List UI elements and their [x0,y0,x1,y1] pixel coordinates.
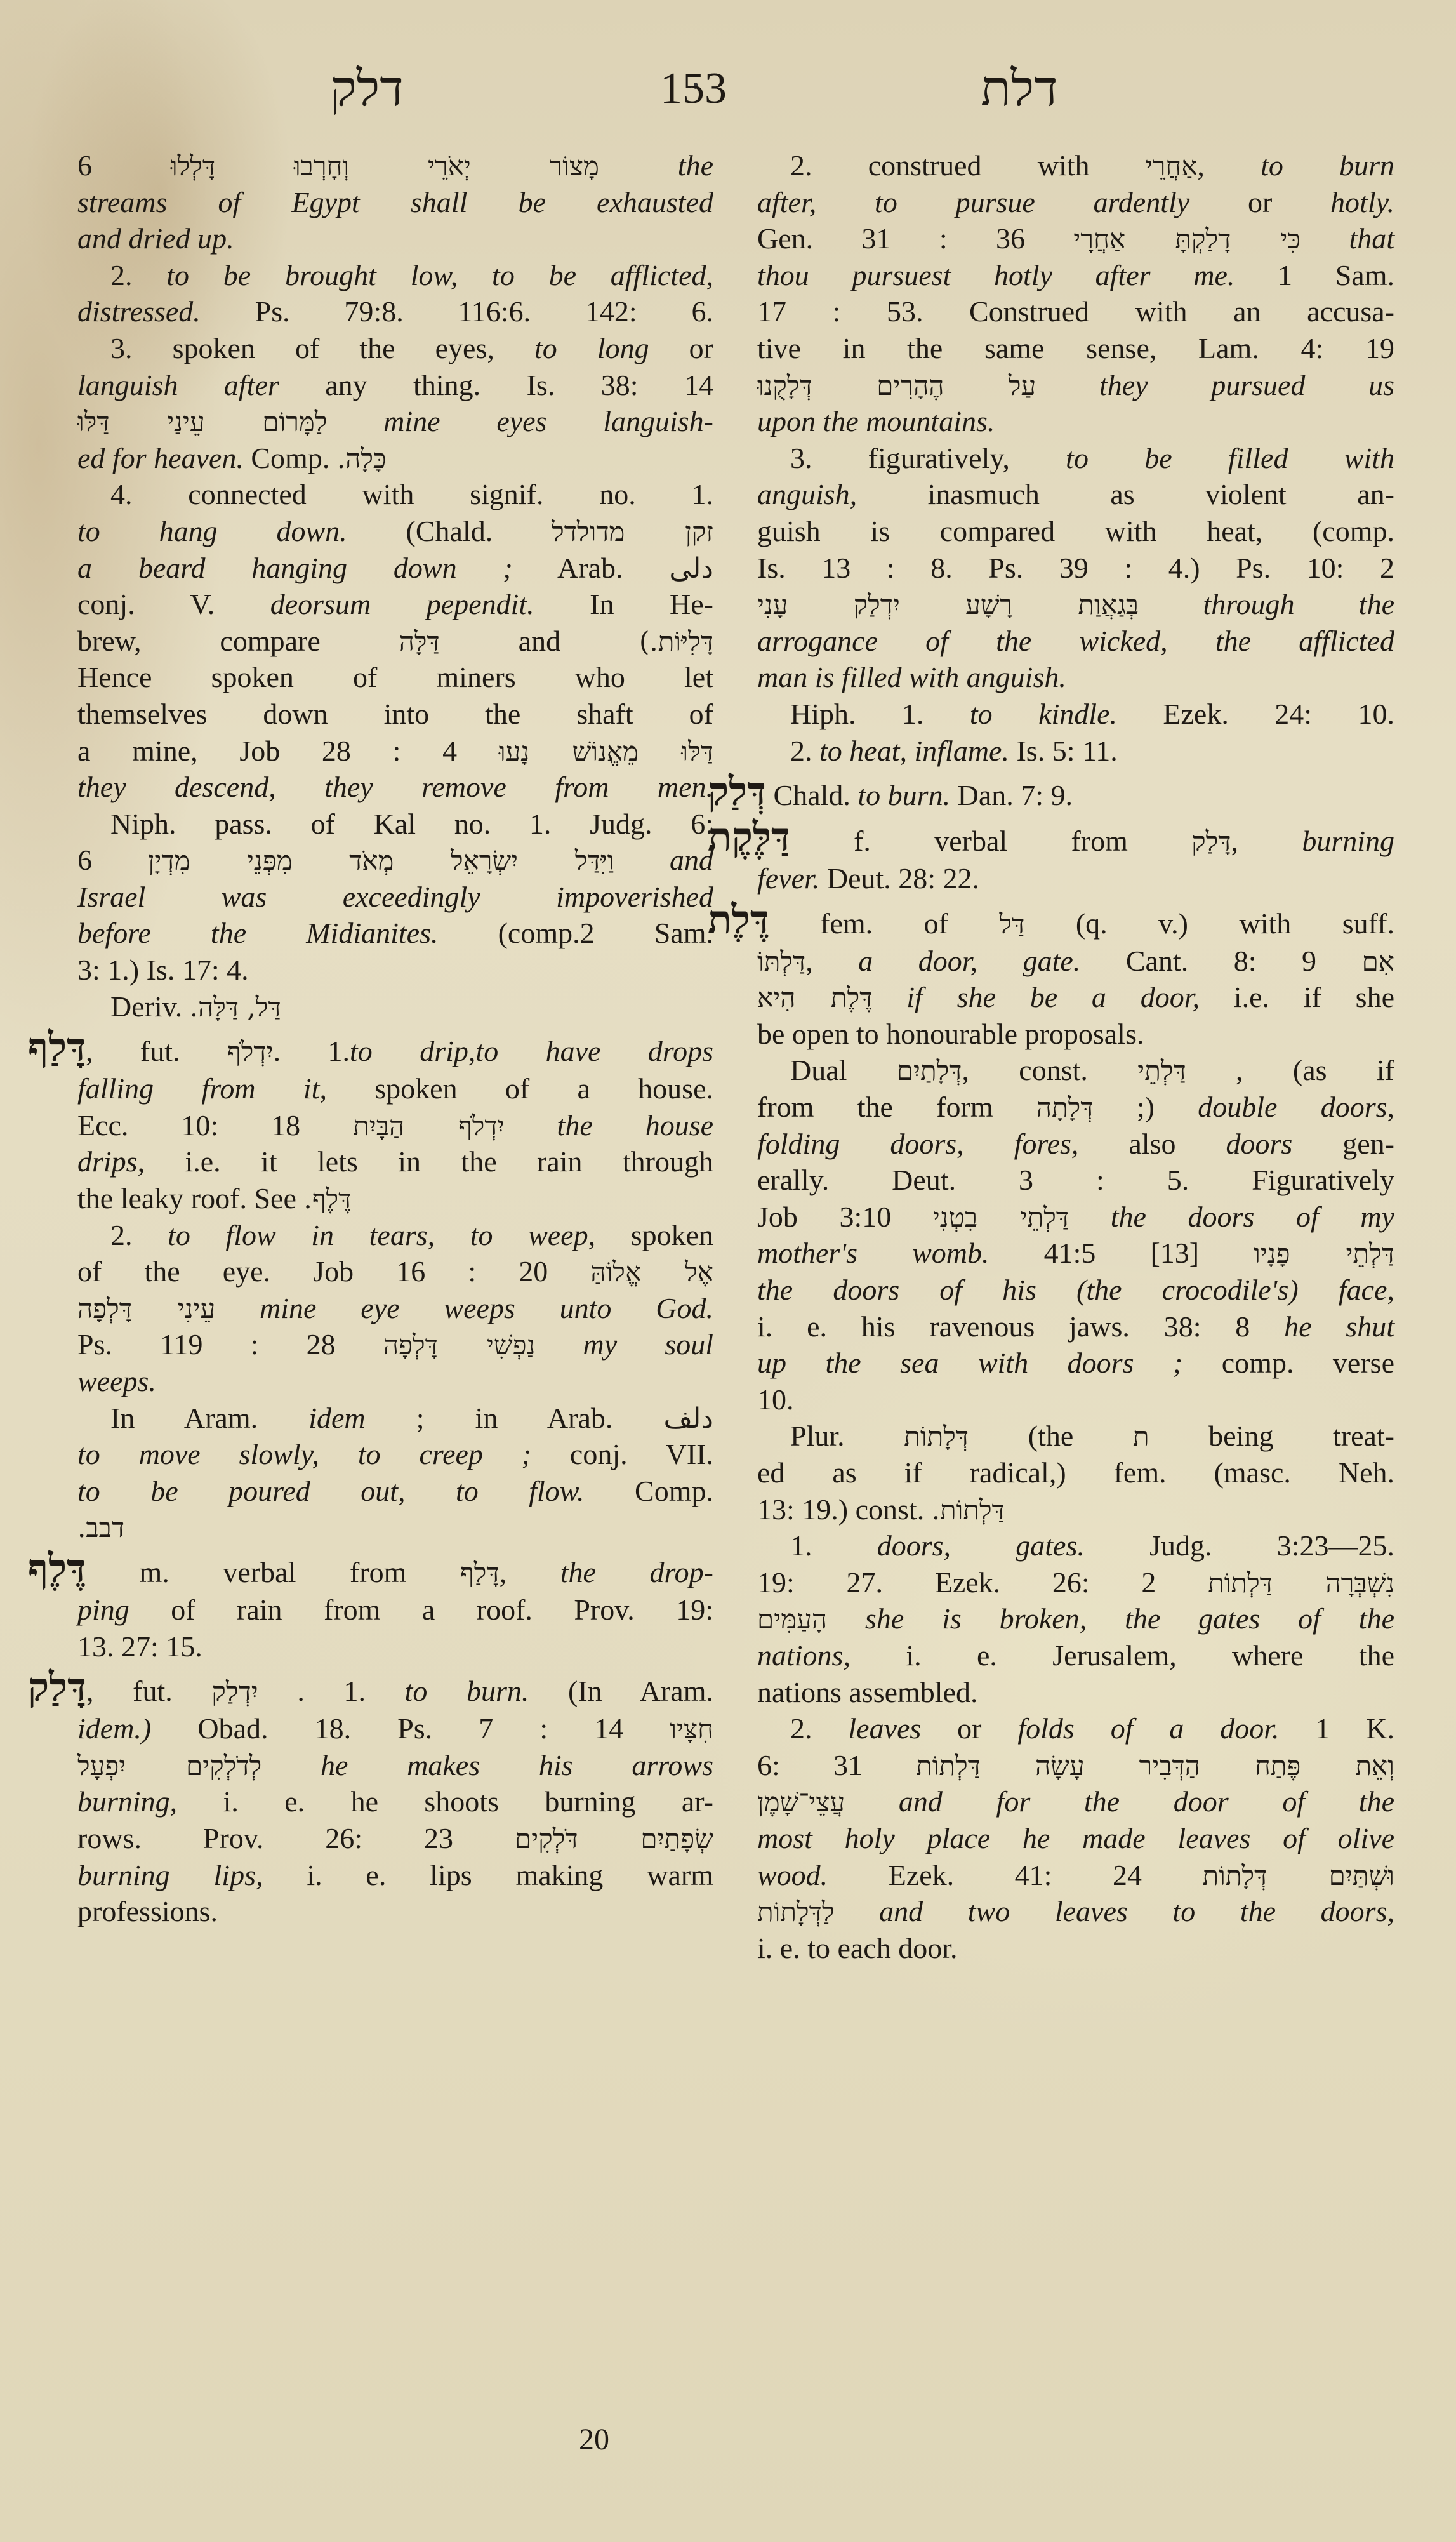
text-line: of the eye. Job 16 : 20 אֶל אֱלוֹהַּ [77,1253,713,1290]
text-line: up the sea with doors ; comp. verse [757,1345,1394,1381]
text-line: after, to pursue ardently or hotly. [757,184,1394,221]
roman-text: erally. Deut. 3 : 5. Figuratively [757,1164,1394,1196]
italic-gloss: doors, gates. [877,1529,1085,1562]
text-line: erally. Deut. 3 : 5. Figuratively [757,1162,1394,1199]
roman-text: Dan. 7: 9. [950,779,1073,811]
text-line: 19: 27. Ezek. 26: 2 נִשְׁבְּרָה דַּלְתוֹ… [757,1564,1394,1601]
text-line: 2. construed with אַחֲרֵי, to burn [757,147,1394,184]
text-line: drips, i.e. it lets in the rain through [77,1143,713,1180]
roman-text: Dual [790,1054,897,1086]
roman-text: Judg. 3:23—25. [1085,1529,1394,1562]
italic-gloss: weeps. [77,1365,156,1397]
italic-gloss: the doors of his (the crocodile's) face, [757,1274,1394,1306]
roman-text: , [1197,149,1261,182]
hebrew-text: אִם [1362,946,1394,977]
italic-gloss: they pursued us [1036,369,1394,401]
roman-text: . 1. [258,1675,405,1707]
text-line: Hence spoken of miners who let [77,659,713,696]
hebrew-text: דַּלְתֵי פָנָיו [1254,1238,1394,1269]
italic-gloss: ed for heaven. [77,442,244,474]
roman-text: and [440,625,639,657]
text-line: Israel was exceedingly impoverished [77,879,713,915]
roman-text: 10. [757,1383,794,1416]
hebrew-text: דַּלְתֵי בִטְנִי [933,1202,1069,1233]
hebrew-text: חִצָּיו [670,1714,713,1745]
text-line: folding doors, fores, also doors gen- [757,1126,1394,1162]
italic-gloss: to burn [1261,149,1394,182]
hebrew-text: דַּלְתֵי [1137,1055,1186,1086]
italic-gloss: mine eyes languish- [327,405,713,437]
text-line: דֶּלֶף m. verbal from דָּלַף, the drop- [28,1546,713,1592]
roman-text: 1 Sam. [1234,259,1394,291]
italic-gloss: upon the mountains. [757,405,995,437]
text-line: 2. to flow in tears, to weep, spoken [77,1217,713,1254]
text-line: the doors of his (the crocodile's) face, [757,1272,1394,1308]
italic-gloss: burning, [77,1785,177,1818]
italic-gloss: up the sea with doors ; [757,1347,1182,1379]
text-line: brew, compare דַּלָּה and דָּלִיּוֹת.) [77,623,713,660]
text-line: דֶּלֶת הִיא if she be a door, i.e. if sh… [757,979,1394,1016]
hebrew-text: יִדְלֹף הַבָּיִת [353,1110,504,1141]
text-line: 3: 1.) Is. 17: 4. [77,952,713,988]
hebrew-text: דבב. [77,1512,124,1543]
italic-gloss: Israel was exceedingly impoverished [77,881,713,913]
text-line: professions. [77,1893,713,1930]
italic-gloss: doors [1226,1128,1292,1160]
text-line: fever. Deut. 28: 22. [757,860,1394,897]
italic-gloss: my soul [535,1328,713,1361]
text-line: 6 מָצוֹר יְאֹרֵי וְחָרְבוּ דָּלְלוּ the [77,147,713,184]
text-line: 1. doors, gates. Judg. 3:23—25. [757,1527,1394,1564]
hebrew-text: דַּלְתּוֹ [757,946,805,977]
text-line: languish after any thing. Is. 38: 14 [77,367,713,404]
roman-text: , fut. [86,1675,211,1707]
hebrew-text: דְּלָתוֹת [904,1421,969,1452]
text-line: burning, i. e. he shoots burning ar- [77,1783,713,1820]
text-line: 2. leaves or folds of a door. 1 K. [757,1710,1394,1747]
roman-text: 3: 1.) Is. 17: 4. [77,954,249,986]
roman-text: 13. 27: 15. [77,1630,202,1663]
roman-text: brew, compare [77,625,399,657]
entry-headword: דְּלַק [708,768,766,815]
text-line: Ecc. 10: 18 יִדְלֹף הַבָּיִת the house [77,1107,713,1144]
arabic-text: دلى [669,552,713,585]
roman-text: inasmuch as violent an- [857,478,1394,510]
roman-text: , [500,1556,560,1588]
italic-gloss: burning [1302,825,1394,857]
italic-gloss: the house [505,1109,713,1141]
text-line: anguish, inasmuch as violent an- [757,476,1394,513]
italic-gloss: to hang down. [77,515,347,547]
hebrew-text: כִּי דָלַקְתָּ אַחֲרָי [1073,223,1300,255]
text-line: themselves down into the shaft of [77,696,713,733]
roman-text: from the form [757,1091,1036,1123]
text-line: man is filled with anguish. [757,659,1394,696]
text-line: Hiph. 1. to kindle. Ezek. 24: 10. [757,696,1394,733]
text-line: 13: 19.) const. דַּלְתוֹת. [757,1491,1394,1528]
italic-gloss: to drip,to have drops [350,1035,713,1067]
roman-text: In He- [534,588,713,620]
italic-gloss: streams of Egypt shall be exhausted [77,186,713,218]
hebrew-text: וַיִּדַּל יִשְׂרָאֵל מְאֹד מִפְּנֵי מִדְ… [148,845,614,876]
roman-text: any thing. Is. 38: 14 [279,369,713,401]
text-line: be open to honourable proposals. [757,1016,1394,1053]
hebrew-text: עֵינִי דָּלְפָה [77,1293,215,1324]
text-line: from the form דְּלָתָה ;) double doors, [757,1089,1394,1126]
roman-text: i. e. Jerusalem, where the [850,1639,1394,1672]
roman-text: themselves down into the shaft of [77,698,713,730]
text-line: דַּלְתּוֹ, a door, gate. Cant. 8: 9 אִם [757,943,1394,980]
roman-text: Arab. [513,552,670,584]
text-line: Deriv. דַּל, דַּלָּה. [77,988,713,1025]
roman-text: , const. [962,1054,1137,1086]
text-line: i. e. to each door. [757,1930,1394,1967]
roman-text: Comp. [585,1475,713,1507]
roman-text: 13: 19.) const. [757,1493,932,1526]
text-line: rows. Prov. 26: 23 שְׂפָתַיִם דֹּלְקִים [77,1820,713,1857]
hebrew-text: דְּלָתַיִם [897,1055,962,1086]
roman-text: i. e. to each door. [757,1932,958,1964]
roman-text: nations assembled. [757,1676,978,1708]
text-line: Niph. pass. of Kal no. 1. Judg. 6: [77,806,713,842]
italic-gloss: before the Midianites. [77,917,438,949]
italic-gloss: that [1300,222,1394,255]
roman-text: 2. [790,1712,848,1745]
text-line: Plur. דְּלָתוֹת (the ת being treat- [757,1418,1394,1454]
text-line: דַּלֶּקֶת f. verbal from דָּלַק, burning [708,815,1394,860]
roman-text: guish is compared with heat, (comp. [757,515,1394,547]
text-line: to move slowly, to creep ; conj. VII. [77,1436,713,1473]
text-line: streams of Egypt shall be exhausted [77,184,713,221]
roman-text: or [921,1712,1017,1745]
hebrew-text: יִדְלַק [211,1676,258,1707]
roman-text: Plur. [790,1420,904,1452]
text-line: 2. to be brought low, to be afflicted, [77,257,713,294]
italic-gloss: through the [1139,588,1394,620]
text-line: ping of rain from a roof. Prov. 19: [77,1592,713,1628]
roman-text: Hiph. 1. [790,698,970,730]
italic-gloss: ping [77,1594,129,1626]
hebrew-text: לַמָּרוֹם עֵינַי דַּלּוּ [77,406,327,437]
text-line: a mine, Job 28 : 4 דַּלּוּ מֵאֱנוֹשׁ נָע… [77,733,713,769]
text-line: i. e. his ravenous jaws. 38: 8 he shut [757,1308,1394,1345]
roman-text: , (as if [1186,1054,1394,1086]
italic-gloss: fever. [757,862,819,895]
italic-gloss: mother's womb. [757,1237,989,1269]
text-line: the leaky roof. See דֶּלֶף. [77,1180,713,1217]
text-line: arrogance of the wicked, the afflicted [757,623,1394,660]
text-line: עֲצֵי־שָׁמֶן and for the door of the [757,1783,1394,1820]
text-line: דָּלַף, fut. יִדְלֹף. 1.to drip,to have … [28,1025,713,1070]
italic-gloss: drips, [77,1145,145,1178]
roman-text: Deut. 28: 22. [819,862,979,895]
roman-text: the leaky roof. See [77,1182,303,1214]
text-line: conj. V. deorsum pependit. In He- [77,586,713,623]
hebrew-text: דַּלּוּ מֵאֱנוֹשׁ נָעוּ [499,736,713,767]
italic-gloss: to kindle. [970,698,1117,730]
roman-text: Hence spoken of miners who let [77,661,713,693]
italic-gloss: double doors, [1198,1091,1394,1123]
hebrew-text: דַּל, דַּלָּה. [190,992,281,1023]
roman-text: 3. figuratively, [790,442,1066,474]
text-line: a beard hanging down ; Arab. دلى [77,550,713,587]
right-column: 2. construed with אַחֲרֵי, to burnafter,… [757,147,1394,1966]
italic-gloss: a beard hanging down ; [77,552,513,584]
italic-gloss: he shut [1284,1310,1394,1343]
italic-gloss: anguish, [757,478,857,510]
italic-gloss: man is filled with anguish. [757,661,1066,693]
italic-gloss: to be brought low, to be afflicted, [166,259,713,291]
text-line: distressed. Ps. 79:8. 116:6. 142: 6. [77,293,713,330]
hebrew-text: עֲצֵי־שָׁמֶן [757,1787,845,1818]
italic-gloss: and dried up. [77,222,234,255]
right-running-headword: דלת [981,51,1058,127]
text-line: to hang down. (Chald. זקן מדולדל [77,513,713,550]
roman-text: being treat- [1149,1420,1395,1452]
hebrew-text: זקן מדולדל [552,516,713,547]
roman-text: 2. [110,1219,168,1251]
italic-gloss: to move slowly, to creep ; [77,1438,531,1470]
text-line: idem.) Obad. 18. Ps. 7 : 14 חִצָּיו [77,1710,713,1747]
hebrew-text: דָּלִיּוֹת.) [639,626,713,657]
roman-text: 19: 27. Ezek. 26: 2 [757,1566,1208,1599]
entry-headword: דָּלַק [28,1664,86,1710]
italic-gloss: falling from it, [77,1072,327,1105]
roman-text: Comp. [244,442,337,474]
roman-text: m. verbal from [86,1556,460,1588]
italic-gloss: burning lips, [77,1859,263,1891]
arabic-text: دلف [663,1402,713,1435]
italic-gloss: arrogance of the wicked, the afflicted [757,625,1394,657]
hebrew-text: נַפְשִׁי דָּלְפָה [383,1329,535,1361]
roman-text: Ps. 119 : 28 [77,1328,383,1361]
roman-text: 1. [790,1529,877,1562]
hebrew-text: דְּלָתָה [1036,1092,1094,1123]
roman-text: 4. connected with signif. no. 1. [110,478,713,510]
text-line: ed as if radical,) fem. (masc. Neh. [757,1454,1394,1491]
page-number: 153 [660,51,727,127]
italic-gloss: hotly. [1330,186,1394,218]
roman-text: rows. Prov. 26: 23 [77,1822,515,1854]
italic-gloss: to long [534,332,649,364]
roman-text: Niph. pass. of Kal no. 1. Judg. 6: [110,808,713,840]
italic-gloss: and two leaves to the doors, [834,1895,1394,1927]
italic-gloss: folding doors, fores, [757,1128,1078,1160]
roman-text: of the eye. Job 16 : 20 [77,1255,590,1288]
hebrew-text: וְאֵת פֶּתַח הַדְּבִיר עָשָׂה דַּלְתוֹת [916,1750,1394,1781]
roman-text: 6: 31 [757,1749,916,1781]
signature-mark: 20 [579,2422,609,2457]
text-line: 4. connected with signif. no. 1. [77,476,713,513]
running-header: דלק 153 דלת [0,51,1456,127]
roman-text: ;) [1094,1091,1198,1123]
hebrew-text: אַחֲרֵי [1146,150,1198,182]
text-line: דְּלַק Chald. to burn. Dan. 7: 9. [708,769,1394,815]
text-line: 17 : 53. Construed with an accusa- [757,293,1394,330]
roman-text: i. e. he shoots burning ar- [177,1785,713,1818]
roman-text: Ezek. 41: 24 [828,1859,1202,1891]
text-line: upon the mountains. [757,403,1394,440]
roman-text: i. e. lips making warm [263,1859,713,1891]
roman-text: 17 : 53. Construed with an accusa- [757,295,1394,328]
roman-text: i.e. if she [1200,981,1394,1013]
roman-text: In Aram. [110,1402,308,1434]
entry-headword: דַּלֶּקֶת [708,814,790,860]
text-line: בְּגַאֲוַת רָשָׁע יִדְלַק עָנִי through … [757,586,1394,623]
roman-text: 2. construed with [790,149,1146,182]
roman-text: (Chald. [347,515,552,547]
italic-gloss: the [678,149,713,182]
roman-text: 1 K. [1280,1712,1394,1745]
text-line: In Aram. idem ; in Arab. دلف [77,1400,713,1437]
roman-text: 2. [110,259,166,291]
hebrew-text: דֶּלֶת הִיא [757,982,872,1013]
italic-gloss: idem [308,1402,365,1434]
italic-gloss: the doors of my [1069,1201,1394,1233]
hebrew-text: שְׂפָתַיִם דֹּלְקִים [515,1823,713,1854]
text-line: most holy place he made leaves of olive [757,1820,1394,1857]
italic-gloss: distressed. [77,295,201,328]
text-line: falling from it, spoken of a house. [77,1070,713,1107]
text-line: mother's womb. 41:5 [13] דַּלְתֵי פָנָיו [757,1235,1394,1272]
roman-text: Is. 13 : 8. Ps. 39 : 4.) Ps. 10: 2 [757,552,1394,584]
italic-gloss: most holy place he made leaves of olive [757,1822,1394,1854]
italic-gloss: after, to pursue ardently [757,186,1189,218]
hebrew-text: דַּלָּה [399,626,440,657]
roman-text: Ecc. 10: 18 [77,1109,353,1141]
hebrew-text: הָעַמִּים [757,1604,827,1635]
roman-text: comp. verse [1182,1347,1394,1379]
italic-gloss: if she be a door, [872,981,1200,1013]
hebrew-text: כָּלָה. [337,443,387,474]
roman-text: Ps. 79:8. 116:6. 142: 6. [201,295,713,328]
roman-text: (the [969,1420,1133,1452]
text-line: guish is compared with heat, (comp. [757,513,1394,550]
text-line: 2. to heat, inflame. Is. 5: 11. [757,733,1394,769]
text-line: thou pursuest hotly after me. 1 Sam. [757,257,1394,294]
italic-gloss: wood. [757,1859,828,1891]
hebrew-text: לַדְּלָתוֹת [757,1896,834,1927]
roman-text: spoken of a house. [327,1072,713,1105]
italic-gloss: idem.) [77,1712,151,1745]
text-line: they descend, they remove from men. [77,769,713,806]
text-line: דֶּלֶת fem. of דַּל (q. v.) with suff. [708,897,1394,943]
text-line: to be poured out, to flow. Comp. [77,1473,713,1510]
roman-text: ed as if radical,) fem. (masc. Neh. [757,1456,1394,1489]
text-line: דָּלַק, fut. יִדְלַק . 1. to burn. (In A… [28,1665,713,1710]
italic-gloss: and for the door of the [845,1785,1394,1818]
text-line: wood. Ezek. 41: 24 וּשְׁתַּיִם דְּלָתוֹת [757,1857,1394,1894]
hebrew-text: דָּלַף [460,1557,500,1588]
italic-gloss: she is broken, the gates of the [827,1602,1394,1635]
italic-gloss: folds of a door. [1017,1712,1279,1745]
hebrew-text: אֶל אֱלוֹהַּ [590,1256,713,1288]
italic-gloss: to be poured out, to flow. [77,1475,585,1507]
roman-text: gen- [1292,1128,1394,1160]
roman-text: 41:5 [13] [989,1237,1254,1269]
text-line: burning lips, i. e. lips making warm [77,1857,713,1894]
text-line: 13. 27: 15. [77,1628,713,1665]
hebrew-text: מָצוֹר יְאֹרֵי וְחָרְבוּ דָּלְלוּ [92,150,678,182]
italic-gloss: to heat, inflame. [819,735,1009,767]
left-running-headword: דלק [330,51,404,127]
hebrew-text: יִדְלֹף [227,1036,274,1067]
italic-gloss: leaves [848,1712,921,1745]
dictionary-page: דלק 153 דלת 6 מָצוֹר יְאֹרֵי וְחָרְבוּ ד… [0,0,1456,2542]
text-line: דבב. [77,1509,713,1546]
italic-gloss: to flow in tears, to weep, [168,1219,595,1251]
italic-gloss: to be filled with [1066,442,1394,474]
italic-gloss: and [614,844,713,876]
hebrew-text: דַּל [999,908,1024,940]
roman-text: f. verbal from [790,825,1191,857]
roman-text: Ezek. 24: 10. [1117,698,1394,730]
roman-text: Deriv. [110,990,190,1023]
hebrew-text: בְּגַאֲוַת רָשָׁע יִדְלַק עָנִי [757,589,1139,620]
roman-text: ; in Arab. [366,1402,664,1434]
roman-text: conj. VII. [531,1438,713,1470]
text-line: nations, i. e. Jerusalem, where the [757,1637,1394,1674]
roman-text: also [1078,1128,1226,1160]
text-line: weeps. [77,1363,713,1400]
left-column: 6 מָצוֹר יְאֹרֵי וְחָרְבוּ דָּלְלוּ thes… [77,147,713,1930]
text-line: 3. figuratively, to be filled with [757,440,1394,477]
text-line: before the Midianites. (comp.2 Sam. [77,915,713,952]
roman-text: 6 [77,844,148,876]
text-line: Dual דְּלָתַיִם, const. דַּלְתֵי , (as i… [757,1052,1394,1089]
hebrew-text: דֶּלֶף. [303,1183,351,1214]
roman-text: Chald. [766,779,857,811]
roman-text: fem. of [769,907,1000,940]
italic-gloss: to burn. [405,1675,529,1707]
text-line: Is. 13 : 8. Ps. 39 : 4.) Ps. 10: 2 [757,550,1394,587]
italic-gloss: he makes his arrows [261,1749,713,1781]
roman-text: 2. [790,735,819,767]
italic-gloss: the drop- [560,1556,713,1588]
italic-gloss: deorsum pependit. [270,588,534,620]
text-line: עֵינִי דָּלְפָה mine eye weeps unto God. [77,1290,713,1327]
roman-text: (q. v.) with suff. [1024,907,1394,940]
roman-text: , [1231,825,1302,857]
text-line: and dried up. [77,220,713,257]
text-line: 10. [757,1381,1394,1418]
text-line: עַל הֶהָרִים דְּלָקֻנוּ they pursued us [757,367,1394,404]
roman-text: conj. V. [77,588,270,620]
text-line: Ps. 119 : 28 נַפְשִׁי דָּלְפָה my soul [77,1326,713,1363]
italic-gloss: they descend, they remove from men. [77,771,713,803]
text-line: Gen. 31 : 36 כִּי דָלַקְתָּ אַחֲרָי that [757,220,1394,257]
italic-gloss: thou pursuest hotly after me. [757,259,1234,291]
hebrew-text: נִשְׁבְּרָה דַּלְתוֹת [1208,1567,1394,1599]
roman-text: a mine, Job 28 : 4 [77,735,499,767]
text-line: nations assembled. [757,1674,1394,1711]
text-line: Job 3:10 דַּלְתֵי בִטְנִי the doors of m… [757,1199,1394,1235]
text-line: לַמָּרוֹם עֵינַי דַּלּוּ mine eyes langu… [77,403,713,440]
italic-gloss: mine eye weeps unto God. [215,1292,713,1324]
roman-text: be open to honourable proposals. [757,1018,1144,1050]
roman-text: Is. 5: 11. [1009,735,1118,767]
roman-text: (comp.2 Sam. [438,917,713,949]
roman-text: 6 [77,149,92,182]
italic-gloss: to burn. [857,779,950,811]
roman-text: Job 3:10 [757,1201,933,1233]
text-line: 6 וַיִּדַּל יִשְׂרָאֵל מְאֹד מִפְּנֵי מִ… [77,842,713,879]
italic-gloss: a door, gate. [858,945,1080,977]
text-line: ed for heaven. Comp. כָּלָה. [77,440,713,477]
roman-text: (In Aram. [529,1675,713,1707]
roman-text: Cant. 8: 9 [1080,945,1361,977]
entry-headword: דֶּלֶף [28,1545,86,1592]
